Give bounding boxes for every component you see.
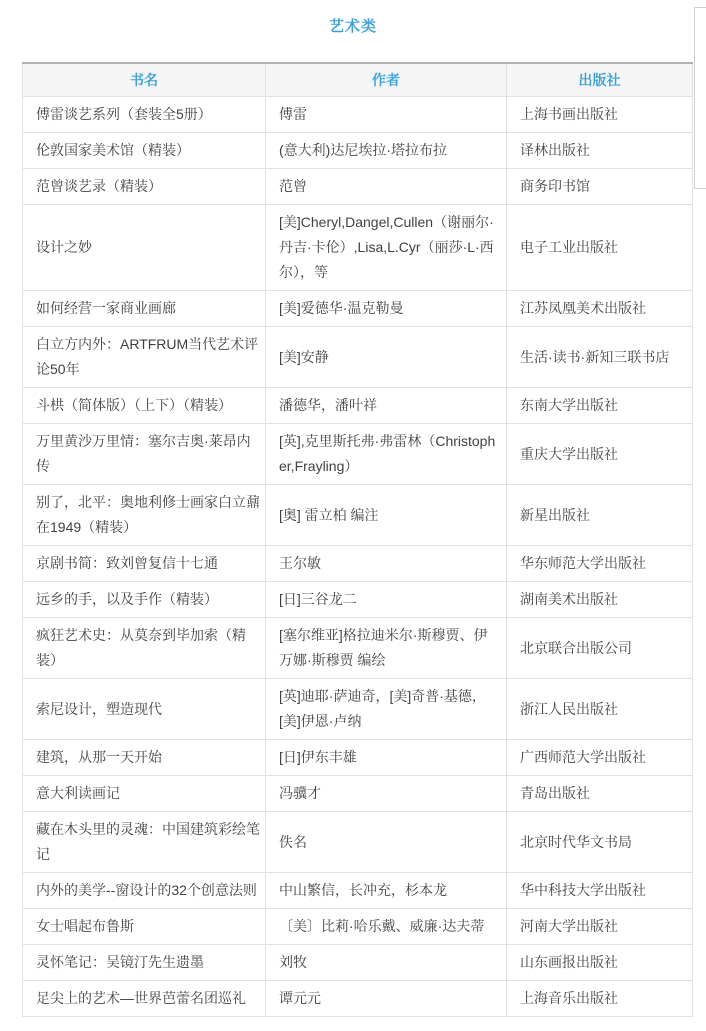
cell-author: [塞尔维亚]格拉迪米尔·斯穆贾、伊万娜·斯穆贾 编绘: [266, 618, 507, 679]
table-row: 女士唱起布鲁斯〔美〕比莉·哈乐戴、威廉·达夫蒂河南大学出版社: [23, 909, 693, 945]
cell-title: 设计之妙: [23, 205, 266, 291]
column-header-publisher: 出版社: [507, 63, 693, 97]
cell-title: 白立方内外：ARTFRUM当代艺术评论50年: [23, 327, 266, 388]
cell-author: 王尔敏: [266, 546, 507, 582]
cell-title: 藏在木头里的灵魂：中国建筑彩绘笔记: [23, 812, 266, 873]
cell-publisher: 华东师范大学出版社: [507, 546, 693, 582]
book-table: 书名 作者 出版社 傅雷谈艺系列（套装全5册）傅雷上海书画出版社伦敦国家美术馆（…: [22, 62, 693, 1017]
cell-author: [美]Cheryl,Dangel,Cullen（谢丽尔·丹吉·卡伦）,Lisa,…: [266, 205, 507, 291]
cell-author: 傅雷: [266, 97, 507, 133]
cell-title: 意大利读画记: [23, 776, 266, 812]
cell-author: 佚名: [266, 812, 507, 873]
table-row: 建筑，从那一天开始[日]伊东丰雄广西师范大学出版社: [23, 740, 693, 776]
table-row: 索尼设计，塑造现代[英]迪耶·萨迪奇，[美]奇普·基德，[美]伊恩·卢纳浙江人民…: [23, 679, 693, 740]
cell-author: [日]伊东丰雄: [266, 740, 507, 776]
table-row: 内外的美学--窗设计的32个创意法则中山繁信，长冲充，杉本龙华中科技大学出版社: [23, 873, 693, 909]
table-row: 意大利读画记冯骥才青岛出版社: [23, 776, 693, 812]
cell-author: [英],克里斯托弗·弗雷林（Christopher,Frayling）: [266, 424, 507, 485]
cell-title: 疯狂艺术史：从莫奈到毕加索（精装）: [23, 618, 266, 679]
cell-author: [奥] 雷立柏 编注: [266, 485, 507, 546]
page-title: 艺术类: [0, 15, 706, 36]
table-row: 设计之妙[美]Cheryl,Dangel,Cullen（谢丽尔·丹吉·卡伦）,L…: [23, 205, 693, 291]
cell-publisher: 山东画报出版社: [507, 945, 693, 981]
table-row: 藏在木头里的灵魂：中国建筑彩绘笔记佚名北京时代华文书局: [23, 812, 693, 873]
cell-title: 范曾谈艺录（精装）: [23, 169, 266, 205]
cell-author: 冯骥才: [266, 776, 507, 812]
cell-publisher: 译林出版社: [507, 133, 693, 169]
cell-title: 女士唱起布鲁斯: [23, 909, 266, 945]
cell-author: 潘德华，潘叶祥: [266, 388, 507, 424]
cell-publisher: 电子工业出版社: [507, 205, 693, 291]
cell-author: 谭元元: [266, 981, 507, 1017]
table-row: 斗栱（简体版）（上下）（精装）潘德华，潘叶祥东南大学出版社: [23, 388, 693, 424]
cell-author: 〔美〕比莉·哈乐戴、威廉·达夫蒂: [266, 909, 507, 945]
cell-author: 刘牧: [266, 945, 507, 981]
cell-title: 内外的美学--窗设计的32个创意法则: [23, 873, 266, 909]
cell-publisher: 上海书画出版社: [507, 97, 693, 133]
cell-publisher: 河南大学出版社: [507, 909, 693, 945]
cell-title: 伦敦国家美术馆（精装）: [23, 133, 266, 169]
table-row: 傅雷谈艺系列（套装全5册）傅雷上海书画出版社: [23, 97, 693, 133]
table-header-row: 书名 作者 出版社: [23, 63, 693, 97]
cell-title: 足尖上的艺术—世界芭蕾名团巡礼: [23, 981, 266, 1017]
scrollbar-thumb[interactable]: [694, 7, 706, 189]
cell-title: 索尼设计，塑造现代: [23, 679, 266, 740]
cell-publisher: 上海音乐出版社: [507, 981, 693, 1017]
cell-title: 京剧书简：致刘曾复信十七通: [23, 546, 266, 582]
cell-title: 远乡的手，以及手作（精装）: [23, 582, 266, 618]
cell-author: [日]三谷龙二: [266, 582, 507, 618]
table-row: 万里黄沙万里情：塞尔吉奥·莱昂内传[英],克里斯托弗·弗雷林（Christoph…: [23, 424, 693, 485]
cell-publisher: 北京联合出版公司: [507, 618, 693, 679]
column-header-title: 书名: [23, 63, 266, 97]
cell-publisher: 新星出版社: [507, 485, 693, 546]
cell-author: 中山繁信，长冲充，杉本龙: [266, 873, 507, 909]
cell-title: 建筑，从那一天开始: [23, 740, 266, 776]
column-header-author: 作者: [266, 63, 507, 97]
cell-publisher: 商务印书馆: [507, 169, 693, 205]
cell-author: [美]爱德华·温克勒曼: [266, 291, 507, 327]
table-row: 京剧书简：致刘曾复信十七通王尔敏华东师范大学出版社: [23, 546, 693, 582]
table-row: 范曾谈艺录（精装）范曾商务印书馆: [23, 169, 693, 205]
cell-author: [英]迪耶·萨迪奇，[美]奇普·基德，[美]伊恩·卢纳: [266, 679, 507, 740]
cell-title: 如何经营一家商业画廊: [23, 291, 266, 327]
cell-title: 别了，北平：奥地利修士画家白立鼐在1949（精装）: [23, 485, 266, 546]
cell-publisher: 生活·读书·新知三联书店: [507, 327, 693, 388]
cell-publisher: 华中科技大学出版社: [507, 873, 693, 909]
table-row: 远乡的手，以及手作（精装）[日]三谷龙二湖南美术出版社: [23, 582, 693, 618]
page: 艺术类 书名 作者 出版社 傅雷谈艺系列（套装全5册）傅雷上海书画出版社伦敦国家…: [0, 0, 706, 1031]
cell-title: 灵怀笔记：吴镜汀先生遗墨: [23, 945, 266, 981]
cell-title: 斗栱（简体版）（上下）（精装）: [23, 388, 266, 424]
table-row: 别了，北平：奥地利修士画家白立鼐在1949（精装）[奥] 雷立柏 编注新星出版社: [23, 485, 693, 546]
table-row: 白立方内外：ARTFRUM当代艺术评论50年[美]安静生活·读书·新知三联书店: [23, 327, 693, 388]
cell-title: 傅雷谈艺系列（套装全5册）: [23, 97, 266, 133]
table-row: 伦敦国家美术馆（精装）(意大利)达尼埃拉·塔拉布拉译林出版社: [23, 133, 693, 169]
table-row: 足尖上的艺术—世界芭蕾名团巡礼谭元元上海音乐出版社: [23, 981, 693, 1017]
cell-publisher: 重庆大学出版社: [507, 424, 693, 485]
table-row: 疯狂艺术史：从莫奈到毕加索（精装）[塞尔维亚]格拉迪米尔·斯穆贾、伊万娜·斯穆贾…: [23, 618, 693, 679]
cell-author: [美]安静: [266, 327, 507, 388]
cell-author: 范曾: [266, 169, 507, 205]
cell-publisher: 北京时代华文书局: [507, 812, 693, 873]
cell-publisher: 江苏凤凰美术出版社: [507, 291, 693, 327]
cell-author: (意大利)达尼埃拉·塔拉布拉: [266, 133, 507, 169]
table-row: 灵怀笔记：吴镜汀先生遗墨刘牧山东画报出版社: [23, 945, 693, 981]
cell-publisher: 青岛出版社: [507, 776, 693, 812]
cell-publisher: 湖南美术出版社: [507, 582, 693, 618]
cell-title: 万里黄沙万里情：塞尔吉奥·莱昂内传: [23, 424, 266, 485]
cell-publisher: 东南大学出版社: [507, 388, 693, 424]
table-row: 如何经营一家商业画廊[美]爱德华·温克勒曼江苏凤凰美术出版社: [23, 291, 693, 327]
cell-publisher: 广西师范大学出版社: [507, 740, 693, 776]
cell-publisher: 浙江人民出版社: [507, 679, 693, 740]
table-body: 傅雷谈艺系列（套装全5册）傅雷上海书画出版社伦敦国家美术馆（精装）(意大利)达尼…: [23, 97, 693, 1017]
